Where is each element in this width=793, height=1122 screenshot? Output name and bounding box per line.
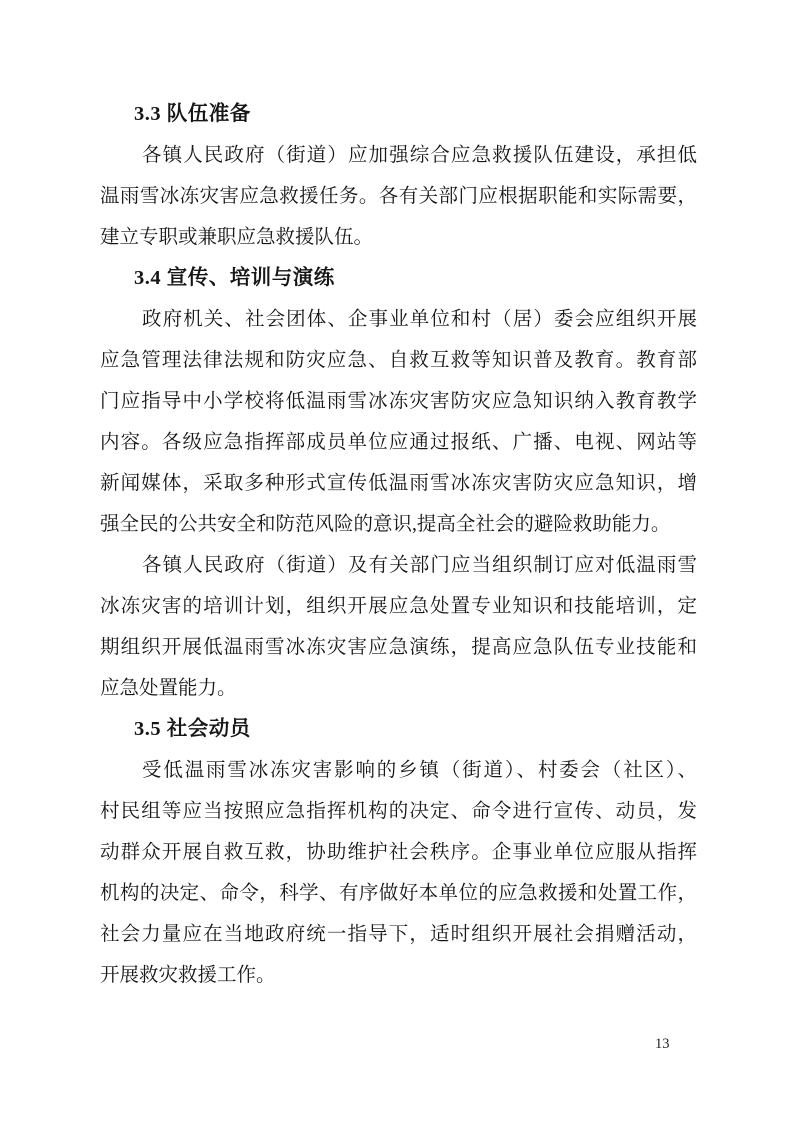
document-page: 3.3 队伍准备各镇人民政府（街道）应加强综合应急救援队伍建设，承担低温雨雪冰冻… xyxy=(0,0,793,1122)
section-heading: 3.4 宣传、培训与演练 xyxy=(100,258,697,299)
paragraph-line: 内容。各级应急指挥部成员单位应通过报纸、广播、电视、网站等 xyxy=(100,422,697,463)
paragraph-line: 各镇人民政府（街道）应加强综合应急救援队伍建设，承担低 xyxy=(100,135,697,176)
paragraph-line: 受低温雨雪冰冻灾害影响的乡镇（街道）、村委会（社区）、 xyxy=(100,750,697,791)
paragraph-line: 机构的决定、命令，科学、有序做好本单位的应急救援和处置工作， xyxy=(100,873,697,914)
paragraph-line: 动群众开展自救互救，协助维护社会秩序。企事业单位应服从指挥 xyxy=(100,832,697,873)
paragraph-line: 温雨雪冰冻灾害应急救援任务。各有关部门应根据职能和实际需要， xyxy=(100,176,697,217)
paragraph-line: 村民组等应当按照应急指挥机构的决定、命令进行宣传、动员，发 xyxy=(100,791,697,832)
paragraph-line: 应急管理法律法规和防灾应急、自救互救等知识普及教育。教育部 xyxy=(100,340,697,381)
paragraph-line: 社会力量应在当地政府统一指导下，适时组织开展社会捐赠活动， xyxy=(100,914,697,955)
paragraph-line: 期组织开展低温雨雪冰冻灾害应急演练，提高应急队伍专业技能和 xyxy=(100,627,697,668)
paragraph-line: 政府机关、社会团体、企事业单位和村（居）委会应组织开展 xyxy=(100,299,697,340)
paragraph-line: 门应指导中小学校将低温雨雪冰冻灾害防灾应急知识纳入教育教学 xyxy=(100,381,697,422)
section-heading: 3.3 队伍准备 xyxy=(100,94,697,135)
paragraph-line: 冰冻灾害的培训计划，组织开展应急处置专业知识和技能培训，定 xyxy=(100,586,697,627)
page-number: 13 xyxy=(655,1034,670,1054)
paragraph-line: 各镇人民政府（街道）及有关部门应当组织制订应对低温雨雪 xyxy=(100,545,697,586)
paragraph-line: 建立专职或兼职应急救援队伍。 xyxy=(100,217,697,258)
section-heading: 3.5 社会动员 xyxy=(100,709,697,750)
paragraph-line: 应急处置能力。 xyxy=(100,668,697,709)
paragraph-line: 新闻媒体，采取多种形式宣传低温雨雪冰冻灾害防灾应急知识，增 xyxy=(100,463,697,504)
paragraph-line: 强全民的公共安全和防范风险的意识,提高全社会的避险救助能力。 xyxy=(100,504,697,545)
document-body: 3.3 队伍准备各镇人民政府（街道）应加强综合应急救援队伍建设，承担低温雨雪冰冻… xyxy=(100,94,697,996)
paragraph-line: 开展救灾救援工作。 xyxy=(100,955,697,996)
